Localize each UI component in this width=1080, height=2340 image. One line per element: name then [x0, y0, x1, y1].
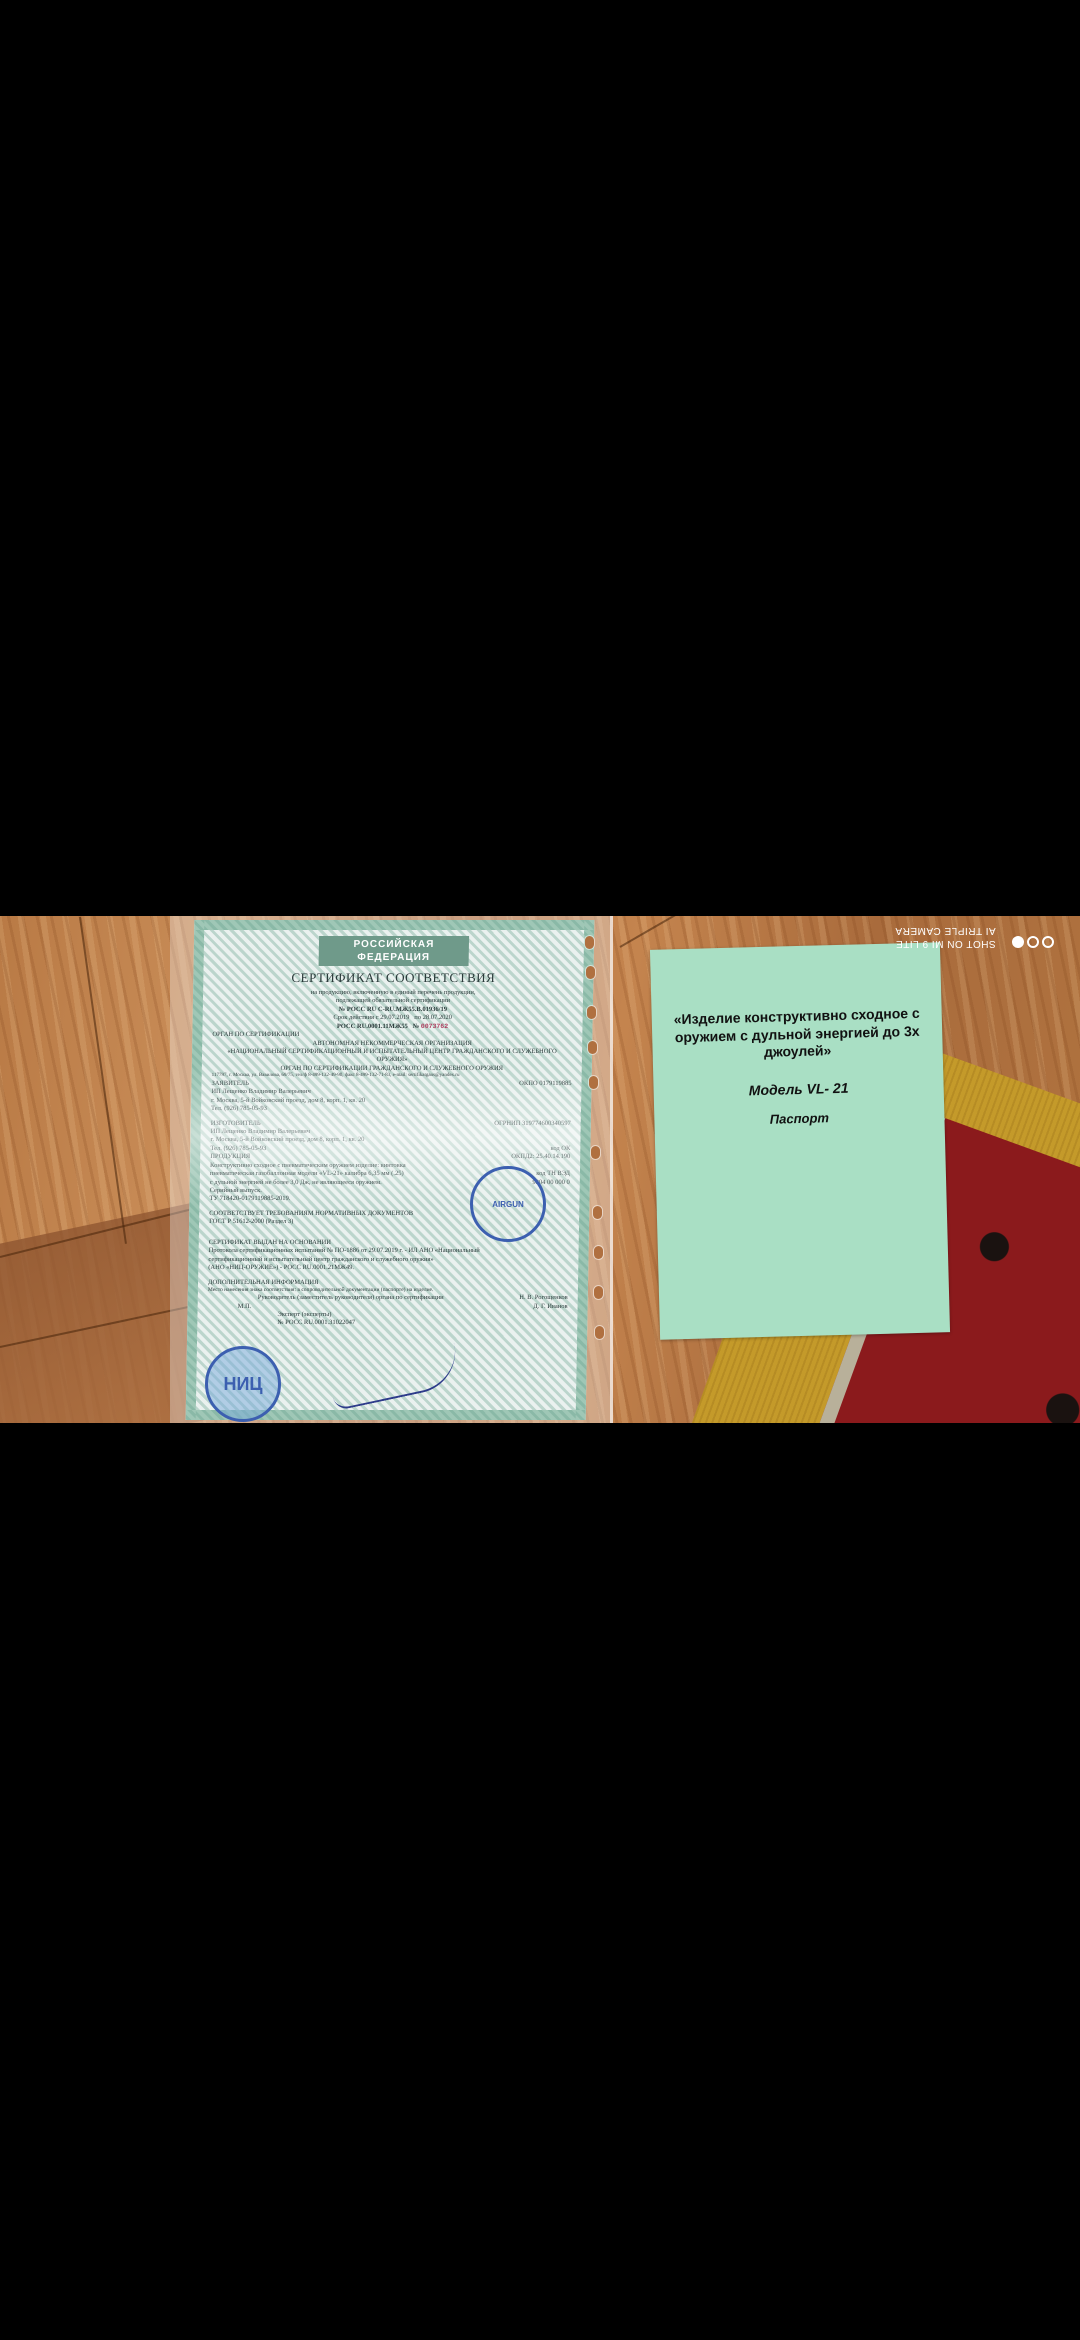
certificate-document: РОССИЙСКАЯ ФЕДЕРАЦИЯ СЕРТИФИКАТ СООТВЕТС… — [186, 920, 595, 1420]
manufacturer-phone-row: Тел. (926) 785-05-93 код ОК — [210, 1145, 570, 1153]
certificate-number-row: № РОСС RU С-RU.МЖ55.В.01936/19 — [213, 1006, 573, 1014]
registry-row: РОСС RU.0001.11МЖ55 № 0073762 — [212, 1023, 572, 1031]
camera-watermark: SHOT ON MI 9 LITE AI TRIPLE CAMERA — [895, 924, 996, 950]
mp-label: М.П. — [208, 1303, 252, 1311]
product-label: ПРОДУКЦИЯ — [210, 1153, 250, 1161]
body-line-2: «НАЦИОНАЛЬНЫЙ СЕРТИФИКАЦИОННЫЙ И ИСПЫТАТ… — [212, 1048, 572, 1065]
applicant-label: ЗАЯВИТЕЛЬ — [211, 1080, 248, 1088]
basis-line-3: (АНО «НИЦ-ОРУЖИЕ») - РОСС RU.0001.21МЖ49… — [208, 1264, 568, 1272]
nic-stamp-icon: НИЦ — [205, 1346, 281, 1422]
extra-line: Место нанесения знака соответствия: в со… — [208, 1287, 568, 1294]
airgun-stamp-icon: AIRGUN — [470, 1166, 546, 1242]
serial-number: 0073762 — [421, 1023, 448, 1030]
applicant-okpo: ОКПО 0179119885 — [519, 1080, 571, 1088]
expert-label: Эксперт (эксперты) — [207, 1311, 567, 1319]
expert-row: М.П. Д. Г. Иванов — [208, 1303, 568, 1311]
manufacturer-row: ИЗГОТОВИТЕЛЬ ОГРНИП 319774600340597 — [211, 1120, 571, 1128]
floor-seam — [79, 917, 127, 1244]
manufacturer-address: г. Москва, 5-й Войковский проезд, дом 8,… — [210, 1136, 570, 1144]
applicant-name: ИП Лещенко Владимир Валерьевич — [211, 1088, 571, 1096]
basis-line-1: Протокола сертификационных испытаний № П… — [209, 1247, 569, 1255]
sleeve-punch-holes — [585, 916, 605, 1423]
registry-number: РОСС RU.0001.11МЖ55 — [337, 1023, 408, 1030]
valid-to-date: 28.07.2020 — [423, 1014, 452, 1021]
head-row: Руководитель (заместитель руководителя) … — [208, 1294, 568, 1302]
valid-from-date: 29.07.2019 — [380, 1014, 409, 1021]
applicant-phone: Тел. (926) 785-05-93 — [211, 1105, 571, 1113]
body-label: ОРГАН ПО СЕРТИФИКАЦИИ — [212, 1031, 572, 1039]
tn-ved-label: код ТН ВЭД — [536, 1170, 570, 1178]
applicant-address: г. Москва, 5-й Войковский проезд, дом 8,… — [211, 1097, 571, 1105]
certificate-subtitle-1: на продукцию, включенную в единый перече… — [213, 989, 573, 997]
extra-label: ДОПОЛНИТЕЛЬНАЯ ИНФОРМАЦИЯ — [208, 1279, 568, 1287]
floor-seam — [620, 916, 794, 948]
certificate-number: РОСС RU С-RU.МЖ55.В.01936/19 — [347, 1006, 447, 1013]
photo: РОССИЙСКАЯ ФЕДЕРАЦИЯ СЕРТИФИКАТ СООТВЕТС… — [0, 916, 1080, 1423]
watermark-line-2: AI TRIPLE CAMERA — [895, 924, 996, 937]
product-row: ПРОДУКЦИЯ ОКПД2: 25.40.14.190 — [210, 1153, 570, 1161]
head-name: Н. В. Рогощенков — [519, 1294, 568, 1302]
serial-label: № — [413, 1023, 420, 1030]
certificate-banner: РОССИЙСКАЯ ФЕДЕРАЦИЯ — [319, 936, 470, 966]
certificate-subtitle-2: подлежащей обязательной сертификации — [213, 997, 573, 1005]
product-line-3: с дульной энергией не более 3,0 Дж, не я… — [210, 1179, 382, 1187]
booklet-model: Модель VL- 21 — [653, 1077, 943, 1101]
manufacturer-label: ИЗГОТОВИТЕЛЬ — [211, 1120, 261, 1128]
manufacturer-ogrnip: ОГРНИП 319774600340597 — [494, 1120, 571, 1128]
valid-from-label: Срок действия с — [333, 1014, 378, 1021]
body-line-3: ОРГАН ПО СЕРТИФИКАЦИИ ГРАЖДАНСКОГО И СЛУ… — [212, 1065, 572, 1073]
watermark-line-1: SHOT ON MI 9 LITE — [895, 937, 996, 950]
head-label: Руководитель (заместитель руководителя) … — [208, 1294, 444, 1302]
expert-reg: № РОСС RU.0001.31022047 — [207, 1319, 567, 1327]
booklet-doc-type: Паспорт — [654, 1107, 944, 1130]
okpd2-code: ОКПД2: 25.40.14.190 — [511, 1153, 570, 1161]
number-label: № — [339, 1006, 346, 1013]
manufacturer-name: ИП Лещенко Владимир Валерьевич — [211, 1128, 571, 1136]
valid-to-label: по — [414, 1014, 421, 1021]
booklet-title: «Изделие конструктивно сходное с оружием… — [660, 1004, 935, 1064]
product-line-2: пневматическая газобаллонная модели «VL-… — [210, 1170, 404, 1178]
validity-row: Срок действия с 29.07.2019 по 28.07.2020 — [213, 1014, 573, 1022]
basis-line-2: сертификационный и испытательный центр г… — [208, 1256, 568, 1264]
passport-booklet: «Изделие конструктивно сходное с оружием… — [650, 942, 950, 1339]
manufacturer-phone: Тел. (926) 785-05-93 — [210, 1145, 266, 1153]
body-line-1: АВТОНОМНАЯ НЕКОММЕРЧЕСКАЯ ОРГАНИЗАЦИЯ — [212, 1040, 572, 1048]
expert-name: Д. Г. Иванов — [533, 1303, 567, 1311]
code-ok-label: код ОК — [550, 1145, 570, 1153]
triple-camera-dots-icon — [1012, 936, 1054, 948]
certificate-title: СЕРТИФИКАТ СООТВЕТСТВИЯ — [213, 970, 573, 987]
applicant-row: ЗАЯВИТЕЛЬ ОКПО 0179119885 — [211, 1080, 571, 1088]
